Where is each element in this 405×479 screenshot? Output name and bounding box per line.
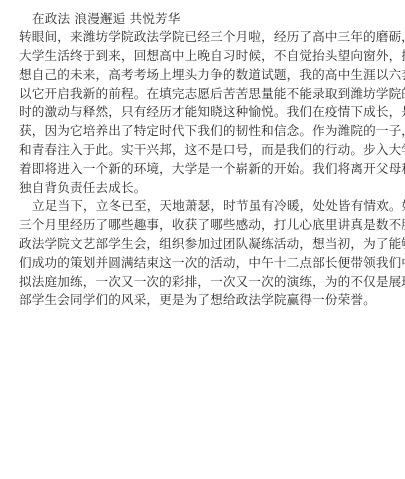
- paragraph-line: 想自己的未来，高考考场上埋头力争的数道试题，我的高中生涯以六套试卷结尾，又: [19, 65, 385, 84]
- paragraph-line: 和青春注入于此。实干兴邦，这不是口号，而是我们的行动。步入大学校园，就意味: [19, 140, 385, 159]
- paragraph-line: 三个月里经历了哪些趣事，收获了哪些感动，打儿心底里讲真是数不胜数。我加入了: [19, 215, 385, 234]
- paragraph-line: 着即将进入一个新的环境，大学是一个崭新的开始。我们将离开父母和家庭的庇护，: [19, 159, 385, 178]
- paragraph-line: 转眼间，来潍坊学院政法学院已经三个月啦，经历了高中三年的磨砺，日思夜盼的: [19, 27, 385, 46]
- paragraph-line: 获，因为它培养出了特定时代下我们的韧性和信念。作为潍院的一子，我将会把活力: [19, 121, 385, 140]
- document-page: 在政法 浪漫邂逅 共悦芳华 转眼间，来潍坊学院政法学院已经三个月啦，经历了高中三…: [0, 0, 405, 479]
- paragraph-line: 部学生会同学们的风采，更是为了想给政法学院赢得一份荣誉。: [19, 290, 385, 309]
- paragraph-line: 们成功的策划并圆满结束这一次的活动，中午十二点部长便带领我们中午十二点在模: [19, 253, 385, 272]
- paragraph-line: 独自背负责任去成长。: [19, 178, 385, 197]
- paragraph-line: 政法学院文艺部学生会，组织参加过团队凝练活动，想当初，为了能够和部长及干事: [19, 234, 385, 253]
- document-title: 在政法 浪漫邂逅 共悦芳华: [32, 9, 398, 28]
- paragraph-start: 立足当下，立冬已至，天地萧瑟，时节虽有冷暖，处处皆有情欢。如若让我分享: [32, 196, 385, 215]
- paragraph-line: 时的激动与释然，只有经历才能知晓这种愉悦。我们在疫情下成长，是磨砺更是收: [19, 102, 385, 121]
- paragraph-line: 大学生活终于到来，回想高中上晚自习时候，不自觉抬头望向窗外，撑着头拿着笔构: [19, 46, 385, 65]
- paragraph-line: 以它开启我新的前程。在填完志愿后苦苦思量能不能录取到潍坊学院的忐忑，到录取: [19, 84, 385, 103]
- paragraph-line: 拟法庭加练，一次又一次的彩排，一次又一次的演练，为的不仅是展现政法学院文艺: [19, 272, 385, 291]
